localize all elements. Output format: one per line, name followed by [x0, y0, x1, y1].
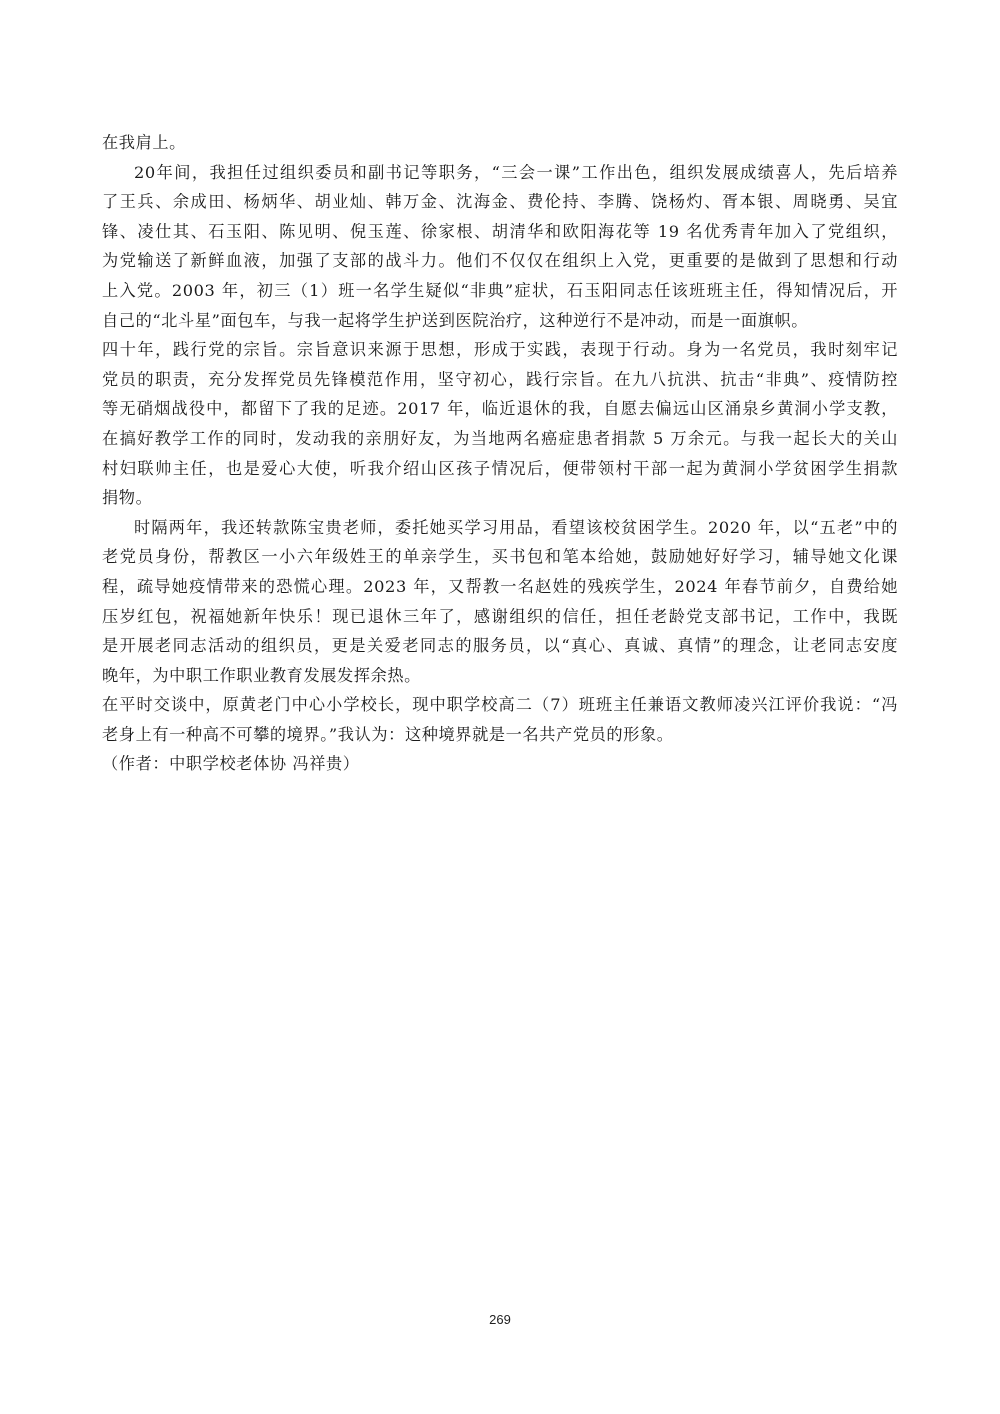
- text-line: 20年间，我担任过组织委员和副书记等职务，“三会一课”工作出色，组织发展成绩喜人…: [102, 158, 898, 188]
- text-line: 老身上有一种高不可攀的境界。”我认为：这种境界就是一名共产党员的形象。: [102, 720, 898, 750]
- text-line: 党员的职责，充分发挥党员先锋模范作用，坚守初心，践行宗旨。在九八抗洪、抗击“非典…: [102, 365, 898, 395]
- author-attribution: （作者：中职学校老体协 冯祥贵）: [102, 749, 898, 779]
- text-line: 在搞好教学工作的同时，发动我的亲朋好友，为当地两名癌症患者捐款 5 万余元。与我…: [102, 424, 898, 454]
- text-line: 四十年，践行党的宗旨。宗旨意识来源于思想，形成于实践，表现于行动。身为一名党员，…: [102, 335, 898, 365]
- text-line: 自己的“北斗星”面包车，与我一起将学生护送到医院治疗，这种逆行不是冲动，而是一面…: [102, 306, 898, 336]
- text-line: 压岁红包，祝福她新年快乐！现已退休三年了，感谢组织的信任，担任老龄党支部书记，工…: [102, 602, 898, 632]
- text-line: 晚年，为中职工作职业教育发展发挥余热。: [102, 661, 898, 691]
- text-line: 为党输送了新鲜血液，加强了支部的战斗力。他们不仅仅在组织上入党，更重要的是做到了…: [102, 246, 898, 276]
- text-line: 了王兵、余成田、杨炳华、胡业灿、韩万金、沈海金、费伦持、李腾、饶杨灼、胥本银、周…: [102, 187, 898, 217]
- text-line: 程，疏导她疫情带来的恐慌心理。2023 年，又帮教一名赵姓的残疾学生，2024 …: [102, 572, 898, 602]
- text-line: 是开展老同志活动的组织员，更是关爱老同志的服务员，以“真心、真诚、真情”的理念，…: [102, 631, 898, 661]
- text-line: 时隔两年，我还转款陈宝贵老师，委托她买学习用品，看望该校贫困学生。2020 年，…: [102, 513, 898, 543]
- document-body: 在我肩上。 20年间，我担任过组织委员和副书记等职务，“三会一课”工作出色，组织…: [102, 128, 898, 779]
- text-line: 在平时交谈中，原黄老门中心小学校长，现中职学校高二（7）班班主任兼语文教师凌兴江…: [102, 690, 898, 720]
- text-line: 上入党。2003 年，初三（1）班一名学生疑似“非典”症状，石玉阳同志任该班班主…: [102, 276, 898, 306]
- text-line: 锋、凌仕其、石玉阳、陈见明、倪玉莲、徐家根、胡清华和欧阳海花等 19 名优秀青年…: [102, 217, 898, 247]
- page-number: 269: [0, 1312, 1000, 1327]
- text-line: 在我肩上。: [102, 128, 898, 158]
- text-line: 老党员身份，帮教区一小六年级姓王的单亲学生，买书包和笔本给她，鼓励她好好学习，辅…: [102, 542, 898, 572]
- text-line: 村妇联帅主任，也是爱心大使，听我介绍山区孩子情况后，便带领村干部一起为黄洞小学贫…: [102, 454, 898, 484]
- text-line: 捐物。: [102, 483, 898, 513]
- text-line: 等无硝烟战役中，都留下了我的足迹。2017 年，临近退休的我，自愿去偏远山区涌泉…: [102, 394, 898, 424]
